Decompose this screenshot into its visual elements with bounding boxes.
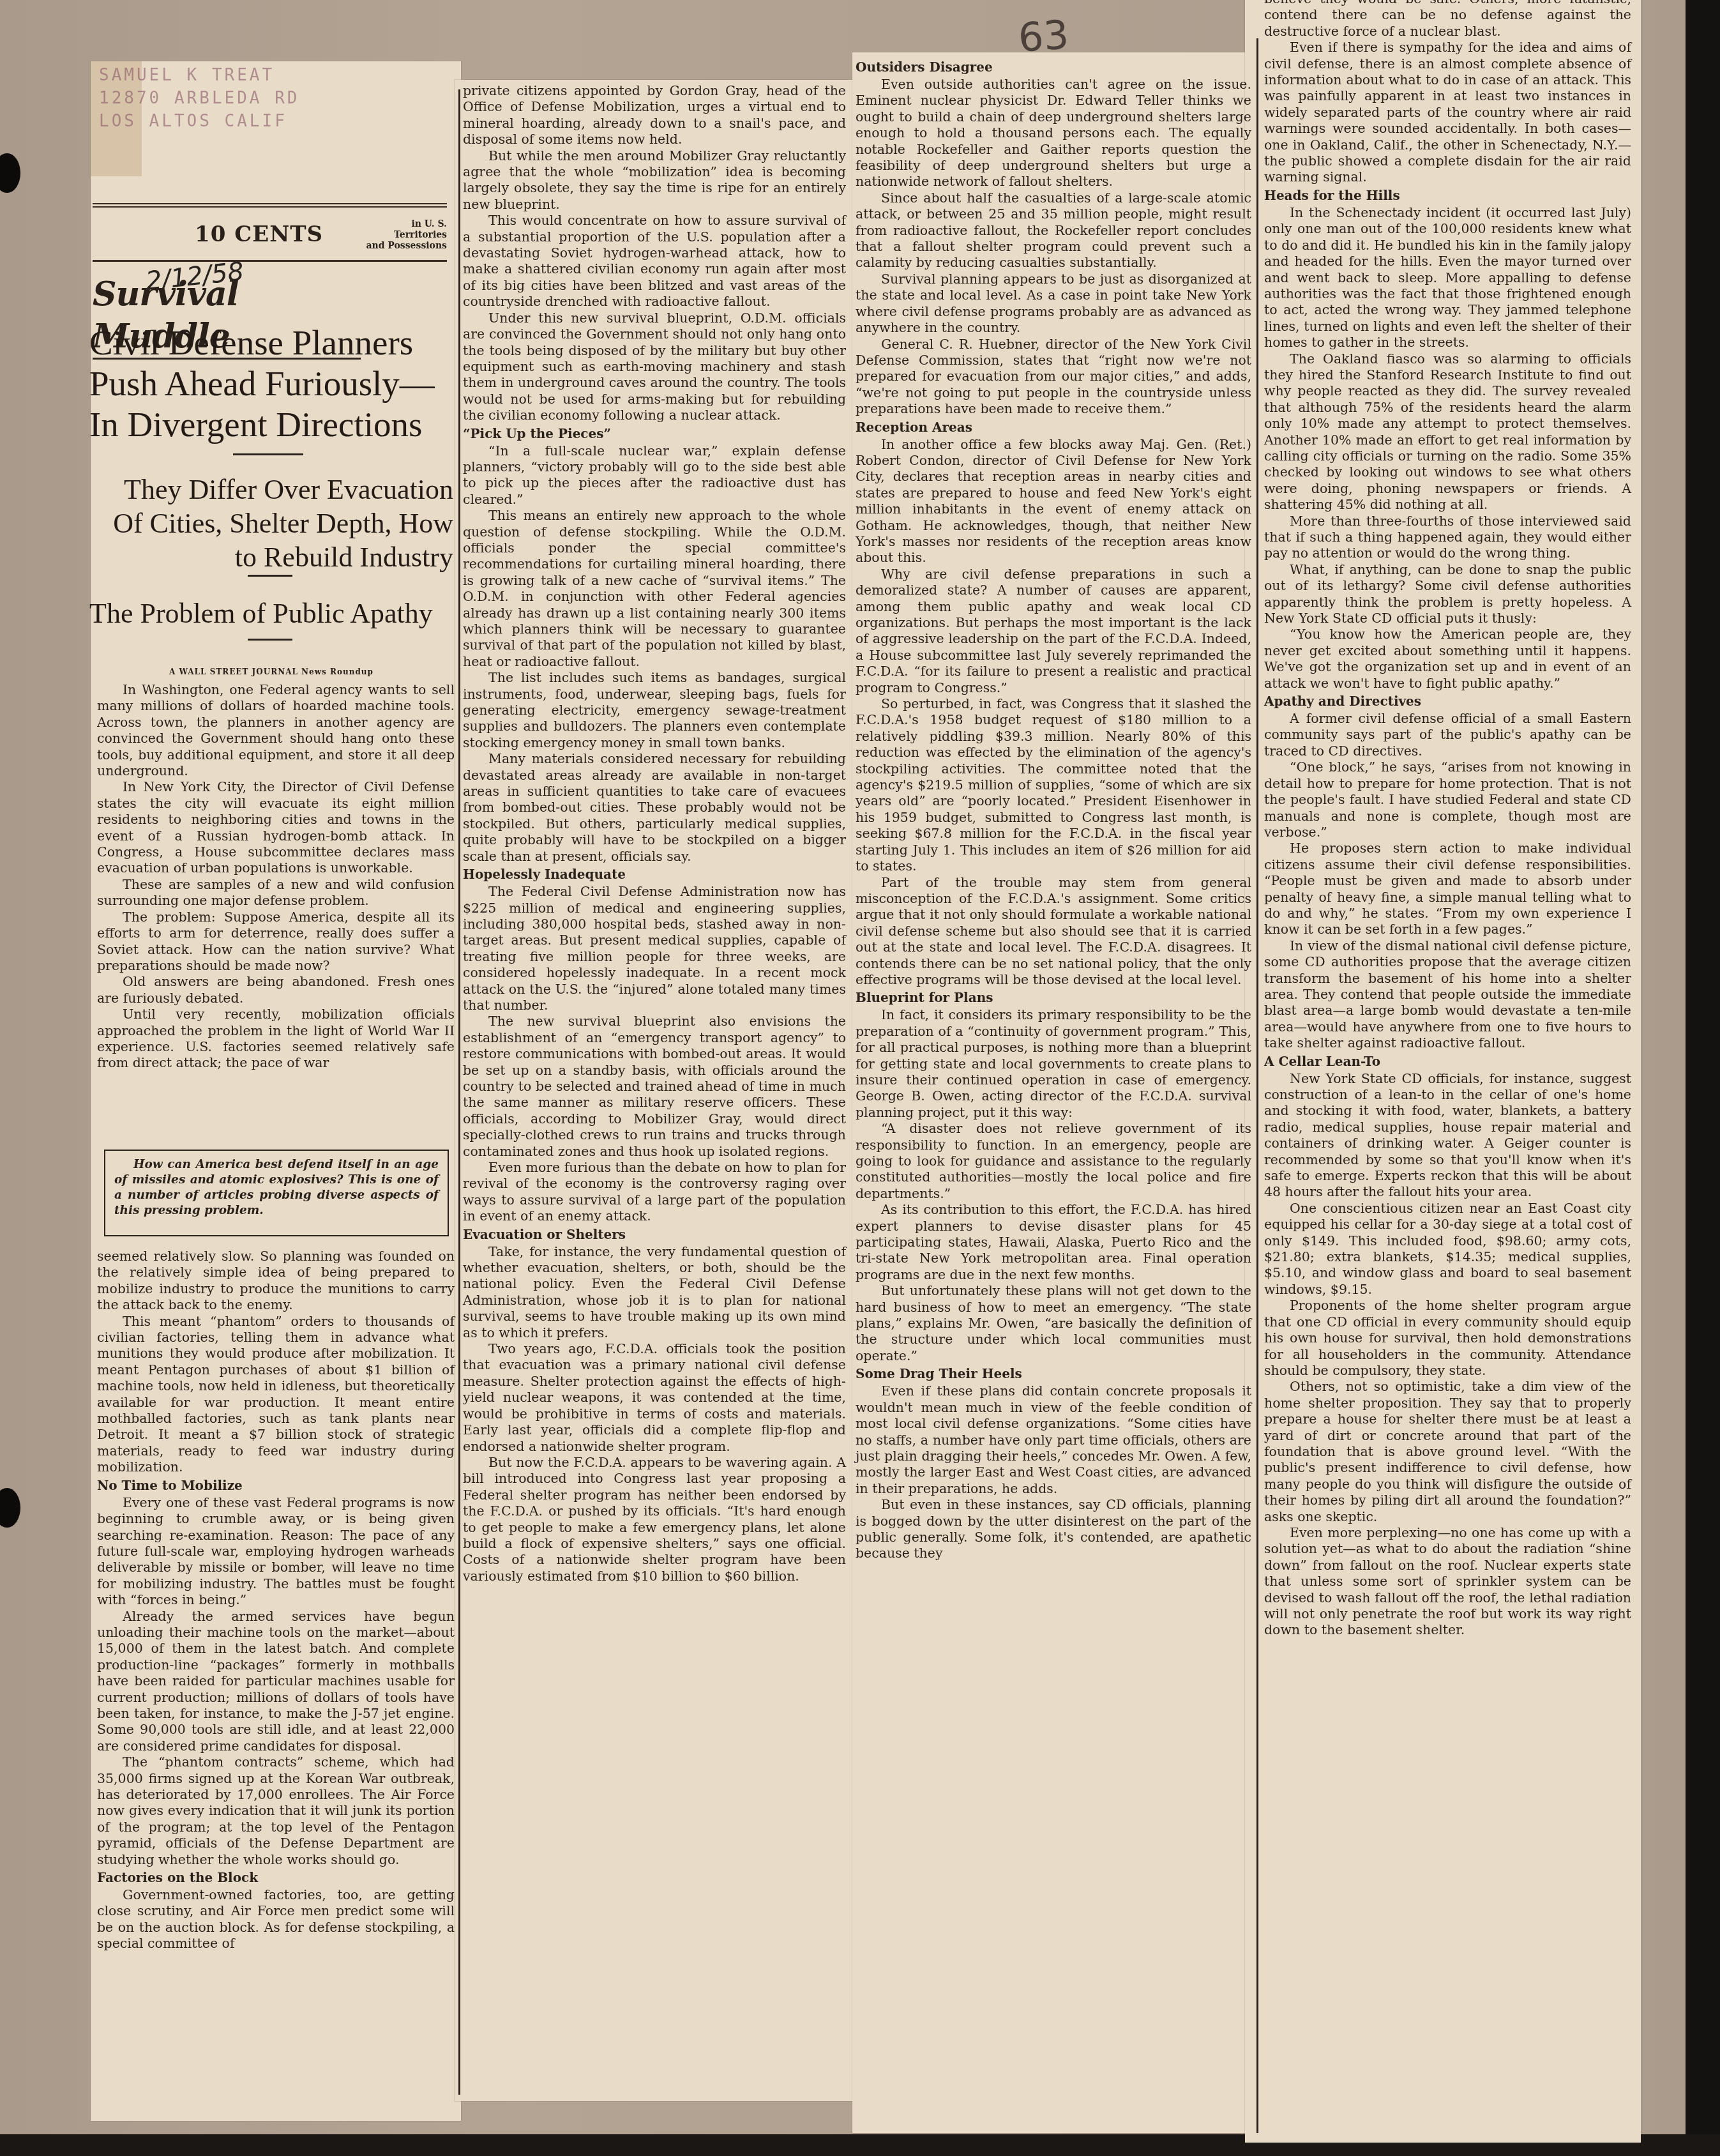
paragraph: Under this new survival blueprint, O.D.M…	[463, 310, 846, 424]
byline: A WALL STREET JOURNAL News Roundup	[99, 667, 444, 676]
handwritten-page-number: 63	[1017, 11, 1071, 61]
column-1-bottom: seemed relatively slow. So planning was …	[97, 1249, 455, 1952]
paragraph: What, if anything, can be done to snap t…	[1264, 562, 1631, 627]
paragraph: In view of the dismal national civil def…	[1264, 938, 1631, 1052]
column-2: private citizens appointed by Gordon Gra…	[463, 83, 846, 1584]
column-rule	[458, 89, 460, 2095]
divider	[233, 453, 303, 455]
paragraph: He proposes stern action to make individ…	[1264, 840, 1631, 938]
paragraph: The “phantom contracts” scheme, which ha…	[97, 1754, 455, 1868]
paragraph: believe they would be safe. Others, more…	[1264, 0, 1631, 40]
paragraph: seemed relatively slow. So planning was …	[97, 1249, 455, 1314]
column-rule	[1256, 38, 1258, 2133]
section-heading: Hopelessly Inadequate	[463, 866, 846, 883]
paragraph: Part of the trouble may stem from genera…	[856, 875, 1251, 989]
binder-hole	[0, 1488, 20, 1528]
page-edge	[1686, 0, 1720, 2156]
section-heading: Apathy and Directives	[1264, 693, 1631, 710]
paragraph: private citizens appointed by Gordon Gra…	[463, 83, 846, 148]
price-note: in U. S. Territoriesand Possessions	[359, 219, 447, 252]
section-heading: Heads for the Hills	[1264, 187, 1631, 204]
paragraph: The Oakland fiasco was so alarming to of…	[1264, 351, 1631, 513]
section-heading: Blueprint for Plans	[856, 989, 1251, 1006]
paragraph: Survival planning appears to be just as …	[856, 271, 1251, 337]
paragraph: Every one of these vast Federal programs…	[97, 1495, 455, 1609]
paragraph: Two years ago, F.C.D.A. officials took t…	[463, 1341, 846, 1455]
address-stamp: SAMUEL K TREAT 12870 ARBLEDA RD LOS ALTO…	[99, 64, 329, 133]
paragraph: A former civil defense official of a sma…	[1264, 711, 1631, 759]
paragraph: Even if there is sympathy for the idea a…	[1264, 40, 1631, 186]
column-1-top: In Washington, one Federal agency wants …	[97, 682, 455, 1072]
paragraph: One conscientious citizen near an East C…	[1264, 1201, 1631, 1298]
binder-hole	[0, 153, 20, 193]
section-heading: Reception Areas	[856, 419, 1251, 436]
paragraph: The new survival blueprint also envision…	[463, 1013, 846, 1160]
paragraph: In Washington, one Federal agency wants …	[97, 682, 455, 779]
paragraph: In New York City, the Director of Civil …	[97, 779, 455, 876]
divider	[248, 575, 292, 577]
paragraph: Others, not so optimistic, take a dim vi…	[1264, 1379, 1631, 1525]
paragraph: Many materials considered necessary for …	[463, 751, 846, 865]
section-heading: Evacuation or Shelters	[463, 1226, 846, 1243]
section-heading: A Cellar Lean-To	[1264, 1053, 1631, 1070]
paragraph: Old answers are being abandoned. Fresh o…	[97, 974, 455, 1006]
paragraph: Even outside authorities can't agree on …	[856, 77, 1251, 190]
paragraph: “In a full-scale nuclear war,” explain d…	[463, 443, 846, 508]
paragraph: So perturbed, in fact, was Congress that…	[856, 696, 1251, 874]
paragraph: But even in these instances, say CD offi…	[856, 1497, 1251, 1562]
paragraph: Proponents of the home shelter program a…	[1264, 1298, 1631, 1379]
divider	[248, 639, 292, 641]
paragraph: New York State CD officials, for instanc…	[1264, 1071, 1631, 1201]
section-heading: “Pick Up the Pieces”	[463, 425, 846, 442]
paragraph: But now the F.C.D.A. appears to be waver…	[463, 1455, 846, 1584]
scrapbook-page: SAMUEL K TREAT 12870 ARBLEDA RD LOS ALTO…	[0, 0, 1720, 2156]
paragraph: Even if these plans did contain concrete…	[856, 1383, 1251, 1497]
paragraph: Until very recently, mobilization offici…	[97, 1006, 455, 1072]
paragraph: These are samples of a new and wild conf…	[97, 877, 455, 909]
section-heading: Outsiders Disagree	[856, 59, 1251, 75]
editor-note: How can America best defend itself in an…	[114, 1157, 439, 1218]
paragraph: Already the armed services have begun un…	[97, 1609, 455, 1755]
paragraph: The problem: Suppose America, despite al…	[97, 909, 455, 975]
paragraph: In another office a few blocks away Maj.…	[856, 437, 1251, 566]
paragraph: Even more furious than the debate on how…	[463, 1160, 846, 1225]
paragraph: In fact, it considers its primary respon…	[856, 1007, 1251, 1121]
subheadline: They Differ Over Evacuation Of Cities, S…	[89, 473, 453, 574]
paragraph: The list includes such items as bandages…	[463, 670, 846, 751]
paragraph: Government-owned factories, too, are get…	[97, 1887, 455, 1952]
section-heading: No Time to Mobilize	[97, 1477, 455, 1494]
paragraph: Take, for instance, the very fundamental…	[463, 1244, 846, 1341]
paragraph: This would concentrate on how to assure …	[463, 213, 846, 310]
paragraph: “A disaster does not relieve government …	[856, 1121, 1251, 1202]
column-4: believe they would be safe. Others, more…	[1264, 0, 1631, 1639]
paragraph: But while the men around Mobilizer Gray …	[463, 148, 846, 213]
masthead-price-bar: 10 CENTS in U. S. Territoriesand Possess…	[93, 203, 447, 262]
paragraph: “One block,” he says, “arises from not k…	[1264, 759, 1631, 840]
paragraph: General C. R. Huebner, director of the N…	[856, 337, 1251, 418]
paragraph: But unfortunately these plans will not g…	[856, 1283, 1251, 1364]
paragraph: Even more perplexing—no one has come up …	[1264, 1525, 1631, 1639]
deck: The Problem of Public Apathy	[89, 597, 453, 630]
paragraph: More than three-fourths of those intervi…	[1264, 513, 1631, 562]
paragraph: “You know how the American people are, t…	[1264, 626, 1631, 692]
paragraph: The Federal Civil Defense Administration…	[463, 884, 846, 1013]
column-3: Outsiders Disagree Even outside authorit…	[856, 57, 1251, 1562]
paragraph: As its contribution to this effort, the …	[856, 1202, 1251, 1283]
editor-note-box: How can America best defend itself in an…	[104, 1150, 449, 1236]
paragraph: This means an entirely new approach to t…	[463, 508, 846, 670]
price: 10 CENTS	[195, 222, 323, 247]
section-heading: Factories on the Block	[97, 1869, 455, 1886]
headline: Civil Defense Planners Push Ahead Furiou…	[89, 323, 453, 445]
paragraph: This meant “phantom” orders to thousands…	[97, 1314, 455, 1476]
section-heading: Some Drag Their Heels	[856, 1365, 1251, 1382]
paragraph: Why are civil defense preparations in su…	[856, 566, 1251, 696]
paragraph: Since about half the casualties of a lar…	[856, 190, 1251, 271]
paragraph: In the Schenectady incident (it occurred…	[1264, 205, 1631, 351]
